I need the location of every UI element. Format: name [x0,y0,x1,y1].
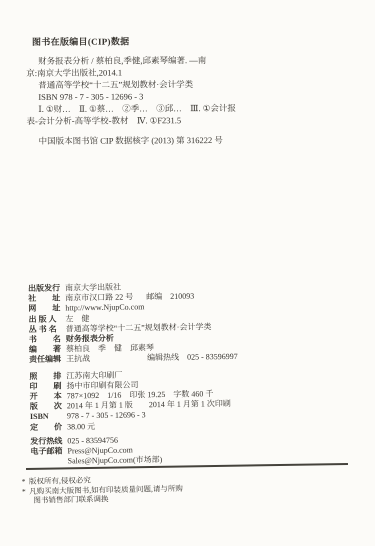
footnote-text: 图书销售部门联系调换 [33,494,108,504]
row-label: 电子邮箱 [30,447,62,458]
website-url: http://www.NjupCo.com [65,303,144,313]
row-label: ISBN [30,412,62,423]
row-value: 扬中市印刷有限公司 [66,380,138,390]
cip-class-line-2: 表-会计分析-高等学校-教材 Ⅳ. ①F231.5 [26,113,362,127]
sales-hotline-number: 025 - 83594756 [67,436,118,446]
colophon-section: 出版发行 南京大学出版社 社 址 南京市汉口路 22 号 邮编 210093 网… [28,279,371,467]
row-label: 照 排 [29,371,61,382]
row-label: 网 址 [28,304,60,315]
row-value: 江苏南大印刷厂 [66,370,122,380]
book-copyright-page: 图书在版编目(CIP)数据 财务报表分析 / 蔡柏良,季健,邱素琴编著. —南 … [0,0,375,546]
editor-hotline: 编辑热线 025 - 83596997 [147,352,238,364]
editor-name: 王抗战 [66,355,90,364]
row-label: 发行热线 [30,436,62,447]
row-label: 印 刷 [29,381,61,392]
book-title: 财务报表分析 [66,334,114,344]
price: 38.00 元 [67,422,95,431]
cip-record-number: 中国版本图书馆 CIP 数据核字 (2013) 第 316222 号 [39,133,363,147]
footnote-text: 版权所有,侵权必究 [29,476,91,486]
footnotes-section: * 版权所有,侵权必究 * 凡购买南大版图书,如有印装质量问题,请与所购 图书销… [20,474,183,506]
row-value: 左 健 [65,314,89,323]
sales-email: Sales@NjupCo.com(市场部) [68,455,163,465]
cip-section: 图书在版编目(CIP)数据 财务报表分析 / 蔡柏良,季健,邱素琴编著. —南 … [26,34,363,147]
row-label: 版 次 [30,402,62,413]
isbn-number: 978 - 7 - 305 - 12696 - 3 [67,411,146,421]
bullet-mark: * [20,486,27,496]
row-label: 出 版 人 [28,314,60,325]
row-value: 南京大学出版社 [65,283,121,293]
row-label: 丛 书 名 [29,324,61,335]
row-label: 定 价 [30,422,62,433]
row-value: 南京市汉口路 22 号 [65,293,133,303]
press-email: Press@NjupCo.com [67,446,133,456]
row-label: 责任编辑 [29,355,61,366]
bullet-mark: * [20,477,27,487]
authors: 蔡柏良 季 健 邱素琴 [66,343,154,353]
cip-title: 图书在版编目(CIP)数据 [32,34,362,48]
footnote-exchange-cont: 图书销售部门联系调换 [33,493,183,505]
postcode: 邮编 210093 [146,292,194,303]
row-value: 普通高等学校“十二五”规划教材·会计学类 [66,322,212,333]
